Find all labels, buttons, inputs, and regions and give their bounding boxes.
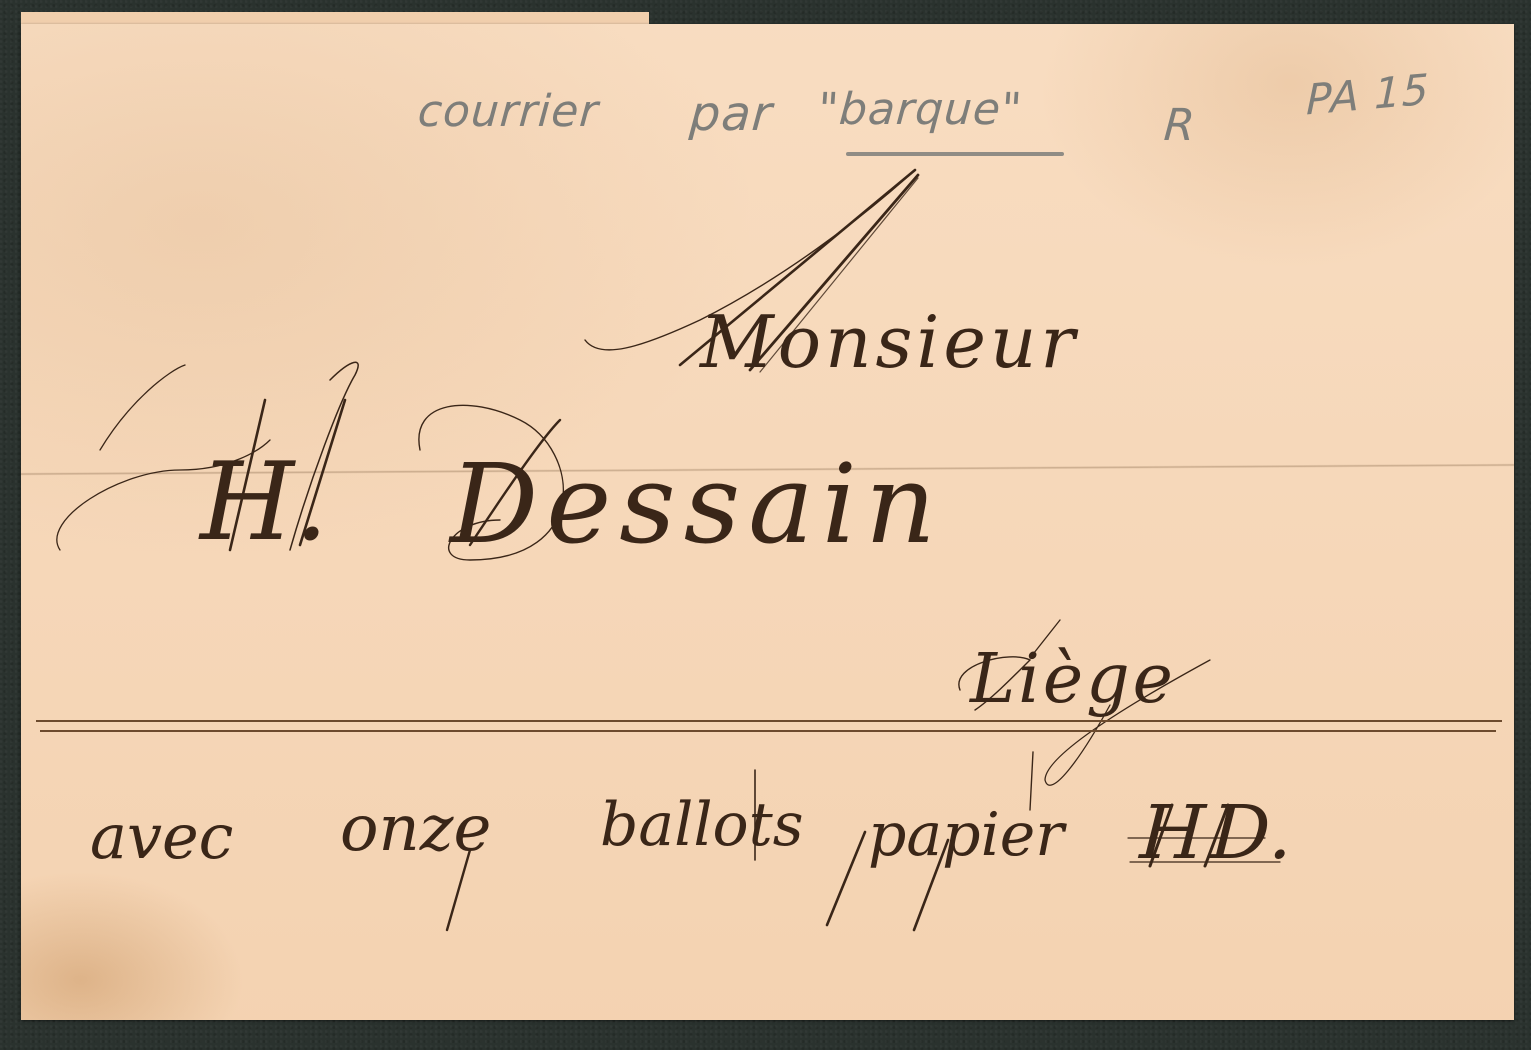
note-word-avec: avec: [90, 800, 233, 873]
double-rule-bottom: [40, 730, 1496, 732]
envelope-writing: courrier par "barque" R PA 15: [0, 0, 1531, 1050]
address-salutation: Monsieur: [700, 300, 1079, 384]
address-surname: Dessain: [450, 440, 944, 568]
address-initials: H.: [200, 440, 329, 565]
note-word-papier: papier: [868, 800, 1064, 870]
address-city: Liège: [970, 640, 1176, 719]
note-word-onze: onze: [340, 792, 491, 866]
double-rule-top: [36, 720, 1502, 722]
note-monogram: HD.: [1129, 790, 1313, 876]
note-word-ballots: ballots: [600, 790, 804, 860]
